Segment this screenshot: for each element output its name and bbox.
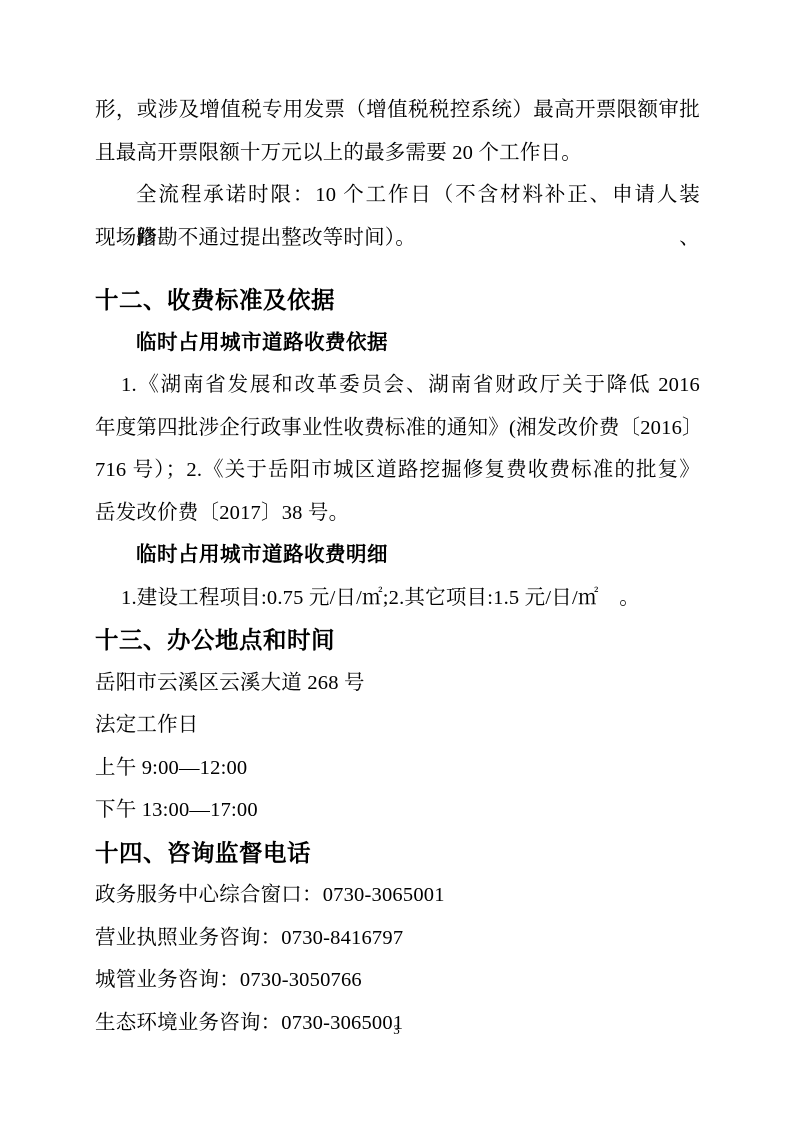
text-line: 上午 9:00—12:00	[95, 747, 700, 790]
text-line: 法定工作日	[95, 704, 700, 747]
section-heading: 十四、咨询监督电话	[95, 832, 700, 875]
text-line: 岳发改价费〔2017〕38 号。	[95, 492, 700, 535]
text-line: 且最高开票限额十万元以上的最多需要 20 个工作日。	[95, 132, 700, 175]
text-line: 全流程承诺时限：10 个工作日（不含材料补正、申请人装修、	[95, 174, 700, 217]
sub-heading: 临时占用城市道路收费明细	[95, 534, 700, 577]
text-line: 政务服务中心综合窗口：0730-3065001	[95, 874, 700, 917]
section-heading: 十三、办公地点和时间	[95, 619, 700, 662]
text-line: 营业执照业务咨询：0730-8416797	[95, 917, 700, 960]
text-line: 1.建设工程项目:0.75 元/日/㎡;2.其它项目:1.5 元/日/㎡ 。	[95, 577, 700, 620]
text-line: 岳阳市云溪区云溪大道 268 号	[95, 662, 700, 705]
text-line: 年度第四批涉企行政事业性收费标准的通知》(湘发改价费〔2016〕	[95, 407, 700, 450]
text-line: 下午 13:00—17:00	[95, 789, 700, 832]
document-body: 形，或涉及增值税专用发票（增值税税控系统）最高开票限额审批且最高开票限额十万元以…	[95, 89, 700, 1044]
document-page: 形，或涉及增值税专用发票（增值税税控系统）最高开票限额审批且最高开票限额十万元以…	[0, 0, 793, 1122]
text-line: 城管业务咨询：0730-3050766	[95, 959, 700, 1002]
text-line: 716 号）；2.《关于岳阳市城区道路挖掘修复费收费标准的批复》	[95, 449, 700, 492]
sub-heading: 临时占用城市道路收费依据	[95, 322, 700, 365]
text-line: 1.《湖南省发展和改革委员会、湖南省财政厅关于降低 2016	[95, 364, 700, 407]
text-line: 形，或涉及增值税专用发票（增值税税控系统）最高开票限额审批	[95, 89, 700, 132]
section-heading: 十二、收费标准及依据	[95, 279, 700, 322]
page-number: 3	[0, 1022, 793, 1038]
